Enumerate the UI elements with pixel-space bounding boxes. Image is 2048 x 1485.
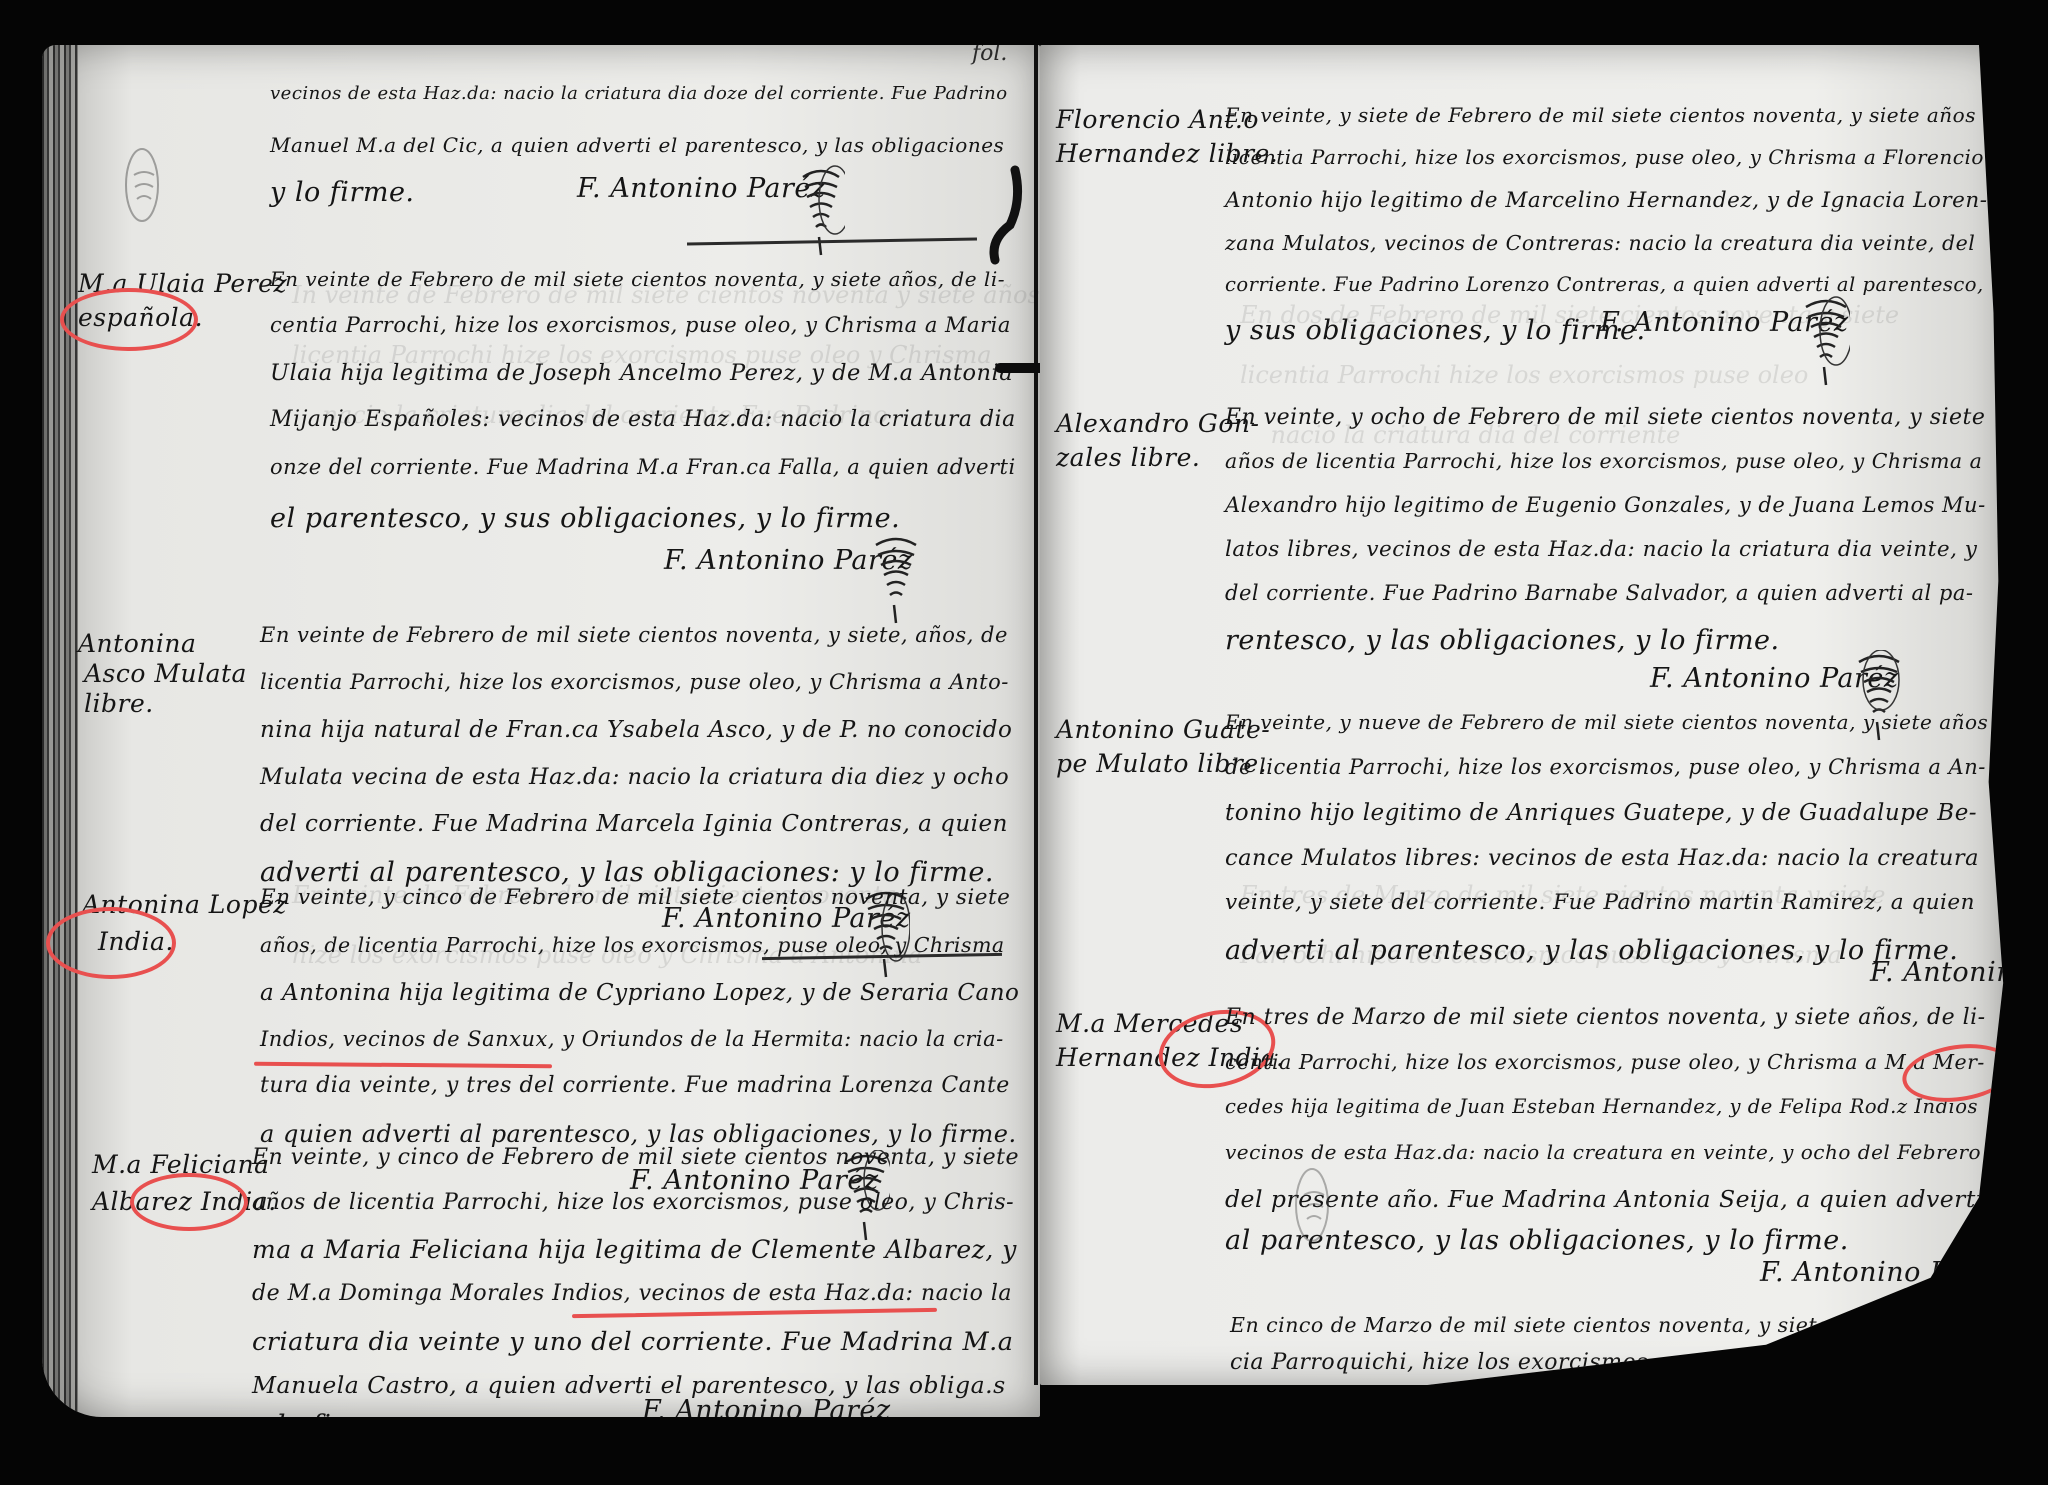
- rubric-flourish-icon: [1802, 295, 1850, 390]
- entry-line: vecinos de esta Haz.da: nacio la criatur…: [270, 83, 1008, 104]
- rubric-flourish-icon: [797, 165, 845, 260]
- entry-line: En tres de Marzo de mil siete cientos no…: [1225, 1005, 1986, 1030]
- entry-line: En veinte de Febrero de mil siete ciento…: [270, 267, 1005, 291]
- entry-line: tonino hijo legitimo de Anriques Guatepe…: [1225, 800, 1977, 826]
- entry-line: a Antonina hija legitima de Cypriano Lop…: [260, 980, 1019, 1006]
- entry-line: zana Mulatos, vecinos de Contreras: naci…: [1225, 231, 1975, 255]
- entry-line: Manuel M.a del Cic, a quien adverti el p…: [270, 133, 1004, 157]
- entry-line: centia Parrochi, hize los exorcismos, pu…: [270, 313, 1011, 337]
- entry-line: Mulata vecina de esta Haz.da: nacio la c…: [260, 764, 1009, 790]
- signature: F. Antonino Paréz: [642, 1395, 891, 1417]
- margin-name: Antonina: [78, 627, 196, 661]
- book-spine-edge: [42, 45, 78, 1417]
- entry-line: centia Parrochi, hize los exorcismos, pu…: [1225, 1050, 1985, 1074]
- red-underline-annotation: [254, 1062, 552, 1069]
- entry-line: Mijanjo Españoles: vecinos de esta Haz.d…: [270, 407, 1016, 432]
- entry-line: del presente año. Fue Madrina Antonia Se…: [1225, 1185, 1984, 1213]
- entry-line: cance Mulatos libres: vecinos de esta Ha…: [1225, 845, 1979, 871]
- entry-line: y lo firme.: [252, 1410, 397, 1417]
- entry-line: licentia Parrochi, hize los exorcismos, …: [1225, 145, 1984, 169]
- entry-line: de licentia Parrochi, hize los exorcismo…: [1225, 755, 1986, 779]
- entry-line: En veinte, y siete de Febrero de mil sie…: [1225, 103, 1976, 127]
- rubric-flourish-icon: [872, 533, 920, 628]
- entry-line: a quien adverti al parentesco, y las obl…: [260, 1120, 1017, 1148]
- entry-line: vecinos de esta Haz.da: nacio la creatur…: [1225, 1140, 1981, 1164]
- folio-mark: fol.: [972, 45, 1007, 66]
- entry-line: En veinte de Febrero de mil siete ciento…: [260, 623, 1008, 647]
- entry-line: En veinte, y ocho de Febrero de mil siet…: [1225, 405, 1985, 430]
- entry-line: veinte, y siete del corriente. Fue Padri…: [1225, 890, 1975, 915]
- entry-line: adverti al parentesco, y las obligacione…: [1225, 935, 1958, 966]
- entry-line: Ulaia hija legitima de Joseph Ancelmo Pe…: [270, 360, 1013, 386]
- entry-line: Manuela Castro, a quien adverti el paren…: [252, 1371, 1006, 1399]
- entry-line: En veinte, y nueve de Febrero de mil sie…: [1225, 710, 1988, 734]
- entry-line: cedes hija legitima de Juan Esteban Hern…: [1225, 1095, 1978, 1118]
- red-circle-annotation: [130, 1173, 248, 1231]
- entry-line: años, de licentia Parrochi, hize los exo…: [260, 933, 1005, 957]
- entry-line: cia Parroquichi, hize los exorcismos, pu…: [1230, 1350, 1980, 1375]
- entry-line: adverti al parentesco, y las obligacione…: [260, 857, 994, 888]
- signature: F. Antonino Paréz: [577, 173, 826, 204]
- entry-line: el parentesco, y sus obligaciones, y lo …: [270, 503, 900, 534]
- entry-line: y sus obligaciones, y lo firme.: [1225, 315, 1646, 346]
- entry-line: latos libres, vecinos de esta Haz.da: na…: [1225, 537, 1977, 562]
- entry-line: criatura dia veinte y uno del corriente.…: [252, 1327, 1013, 1357]
- entry-line: licentia Parrochi, hize los exorcismos, …: [260, 670, 1009, 694]
- faded-rubric-icon: [120, 145, 168, 240]
- margin-casta: zales libre.: [1056, 441, 1200, 475]
- left-page: In veinte de Febrero de mil siete ciento…: [42, 45, 1040, 1417]
- entry-line: onze del corriente. Fue Madrina M.a Fran…: [270, 455, 1016, 479]
- entry-line: del corriente. Fue Padrino Barnabe Salva…: [1225, 581, 1973, 605]
- red-circle-annotation: [46, 907, 176, 979]
- signature: F. Antonino Paréz: [1870, 957, 2008, 988]
- entry-line: de M.a Dominga Morales Indios, vecinos d…: [252, 1281, 1012, 1306]
- right-page: En dos de Febrero de mil siete cientos n…: [1040, 45, 2008, 1385]
- entry-line: Indios, vecinos de Sanxux, y Oriundos de…: [260, 1027, 1004, 1051]
- signature: F. Antonino Paréz: [1760, 1257, 2008, 1288]
- entry-line: ma a Maria Feliciana hija legitima de Cl…: [252, 1235, 1017, 1264]
- entry-line: rentesco, y las obligaciones, y lo firme…: [1225, 625, 1780, 656]
- entry-line: y lo firme.: [270, 177, 415, 208]
- entry-line: En veinte, y cinco de Febrero de mil sie…: [260, 885, 1010, 910]
- entry-line: Antonio hijo legitimo de Marcelino Herna…: [1225, 188, 1988, 213]
- entry-line: En veinte, y cinco de Febrero de mil sie…: [252, 1145, 1019, 1170]
- faded-rubric-icon: [1290, 1165, 1338, 1260]
- margin-casta: libre.: [84, 687, 154, 721]
- entry-line: nina hija natural de Fran.ca Ysabela Asc…: [260, 717, 1012, 743]
- entry-line: Alexandro hijo legitimo de Eugenio Gonza…: [1225, 493, 1986, 517]
- entry-line: corriente. Fue Padrino Lorenzo Contreras…: [1225, 273, 1984, 296]
- entry-line: años de licentia Parrochi, hize los exor…: [1225, 449, 1982, 473]
- red-underline-annotation: [572, 1308, 937, 1318]
- entry-line: del corriente. Fue Madrina Marcela Igini…: [260, 811, 1008, 837]
- bleed-through-text: En tres de Marzo de mil siete cientos no…: [1240, 865, 1886, 985]
- entry-line: En cinco de Marzo de mil siete cientos n…: [1230, 1313, 1987, 1337]
- margin-name: Asco Mulata: [84, 657, 247, 691]
- red-circle-annotation: [60, 288, 198, 351]
- entry-line: tura dia veinte, y tres del corriente. F…: [260, 1073, 1010, 1098]
- entry-line: años de licentia Parrochi, hize los exor…: [252, 1190, 1014, 1215]
